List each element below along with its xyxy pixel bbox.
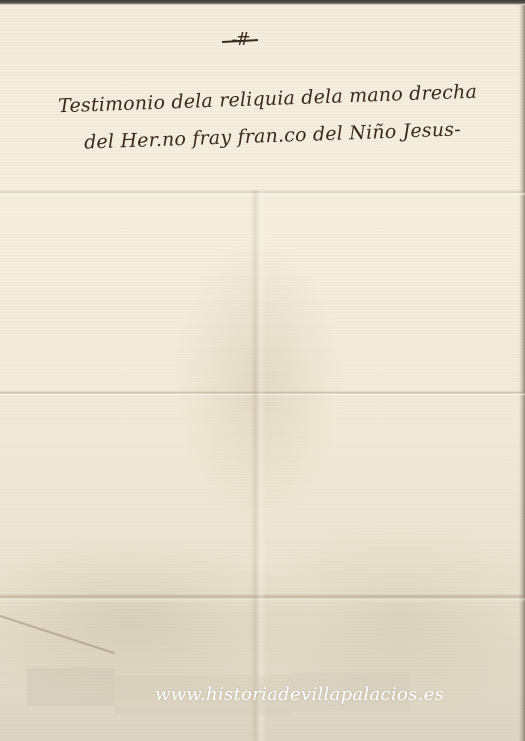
- page-right-edge: [519, 5, 525, 741]
- scan-patch: [27, 668, 115, 706]
- folio-mark: -#-: [222, 30, 262, 50]
- heading-line-1: Testimonio dela reliquia dela mano drech…: [58, 81, 478, 118]
- fold-crease-vertical: [250, 190, 266, 741]
- website-watermark: www.historiadevillapalacios.es: [155, 684, 444, 705]
- heading-line-2: del Her.no fray fran.co del Niño Jesus-: [84, 118, 461, 153]
- manuscript-page: -#- Testimonio dela reliquia dela mano d…: [0, 0, 525, 741]
- page-top-edge: [0, 0, 525, 5]
- paper-wrinkle: [0, 615, 114, 654]
